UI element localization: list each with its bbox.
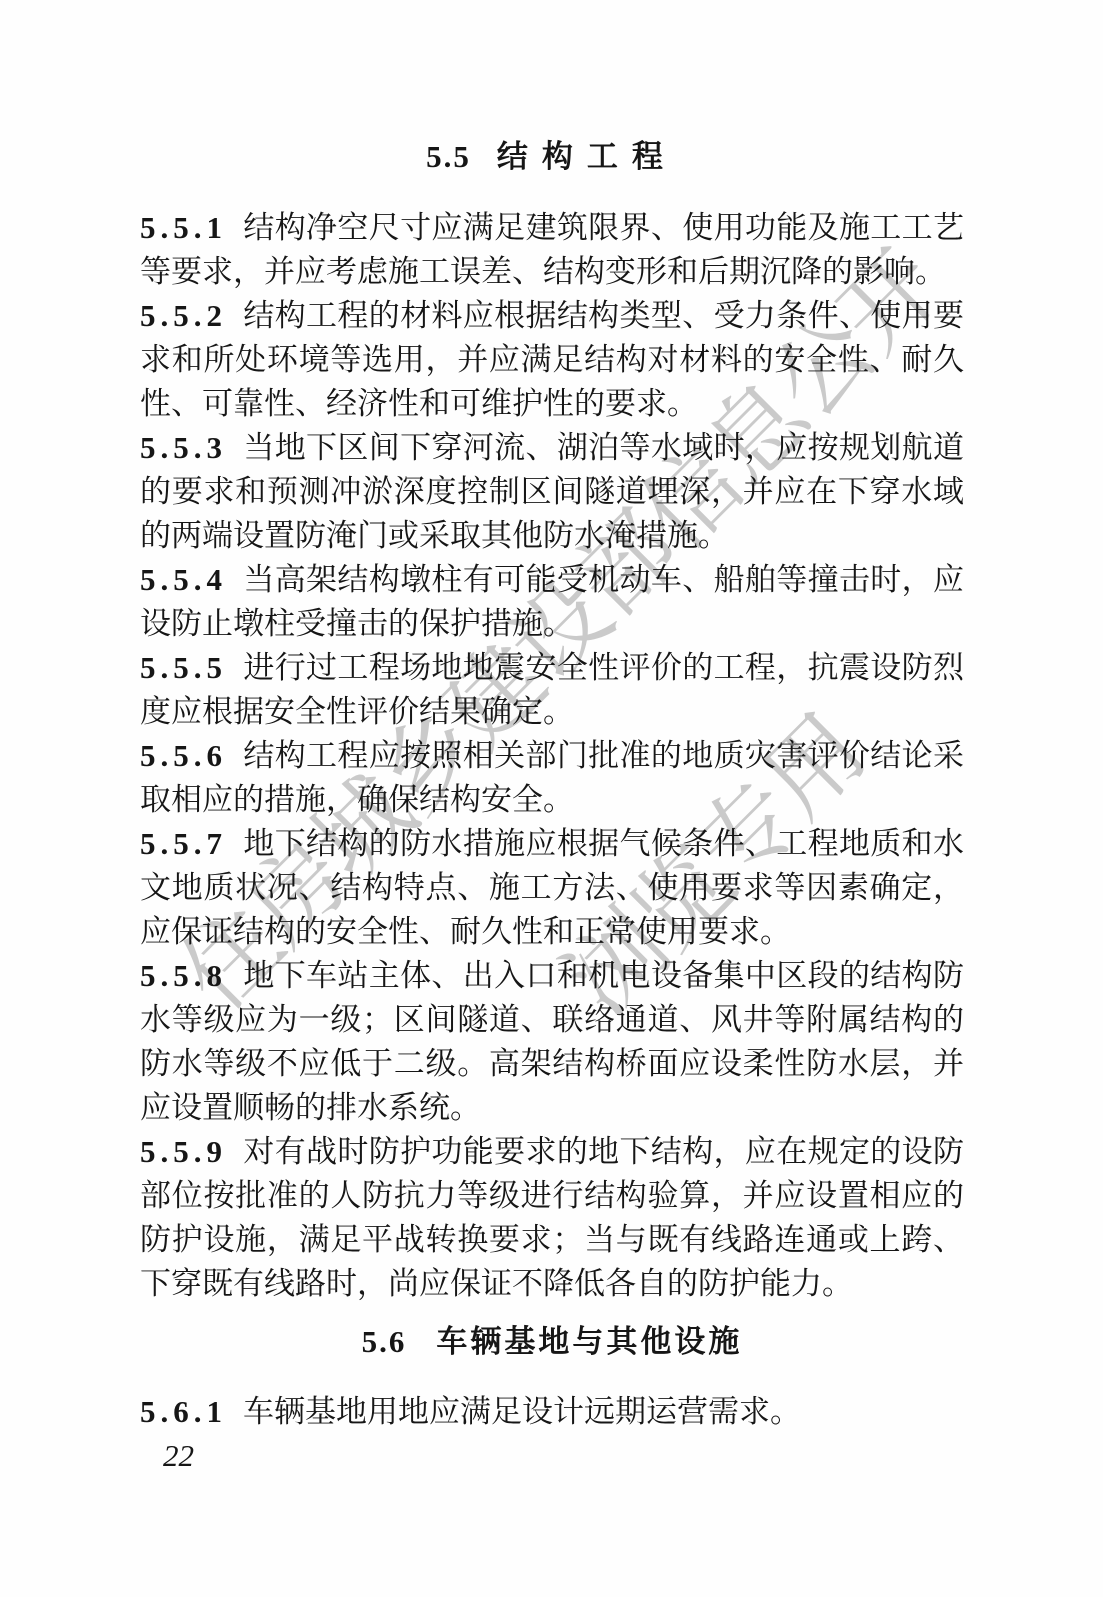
clause-number: 5.5.5 [140, 650, 227, 685]
section-heading-5-5: 5.5结构工程 [0, 138, 1103, 176]
clause-number: 5.5.4 [140, 562, 227, 597]
clause-number: 5.5.9 [140, 1134, 227, 1169]
clause-5-5-8: 5.5.8地下车站主体、出入口和机电设备集中区段的结构防水等级应为一级；区间隧道… [140, 954, 964, 1130]
clause-number: 5.5.8 [140, 958, 227, 993]
clause-text: 结构净空尺寸应满足建筑限界、使用功能及施工工艺等要求，并应考虑施工误差、结构变形… [140, 210, 964, 289]
clause-text: 车辆基地用地应满足设计远期运营需求。 [243, 1394, 801, 1429]
document-page: 住房城乡建设部信息公开 浏览专用 5.5结构工程 5.5.1结构净空尺寸应满足建… [0, 0, 1103, 1597]
section-number: 5.6 [362, 1324, 407, 1359]
section-title: 车辆基地与其他设施 [436, 1324, 742, 1359]
clause-5-5-1: 5.5.1结构净空尺寸应满足建筑限界、使用功能及施工工艺等要求，并应考虑施工误差… [140, 206, 964, 294]
section-heading-5-6: 5.6车辆基地与其他设施 [140, 1320, 964, 1364]
clause-5-5-5: 5.5.5进行过工程场地地震安全性评价的工程，抗震设防烈度应根据安全性评价结果确… [140, 646, 964, 734]
clause-text: 进行过工程场地地震安全性评价的工程，抗震设防烈度应根据安全性评价结果确定。 [140, 650, 964, 729]
page-number: 22 [163, 1438, 194, 1474]
clause-number: 5.5.1 [140, 210, 227, 245]
clause-5-5-3: 5.5.3当地下区间下穿河流、湖泊等水域时，应按规划航道的要求和预测冲淤深度控制… [140, 426, 964, 558]
clause-5-5-4: 5.5.4当高架结构墩柱有可能受机动车、船舶等撞击时，应设防止墩柱受撞击的保护措… [140, 558, 964, 646]
body-text: 5.5.1结构净空尺寸应满足建筑限界、使用功能及施工工艺等要求，并应考虑施工误差… [140, 206, 964, 1434]
clause-number: 5.6.1 [140, 1394, 227, 1429]
clause-5-5-2: 5.5.2结构工程的材料应根据结构类型、受力条件、使用要求和所处环境等选用，并应… [140, 294, 964, 426]
section-number: 5.5 [426, 139, 471, 174]
clause-5-6-1: 5.6.1车辆基地用地应满足设计远期运营需求。 [140, 1390, 964, 1434]
clause-number: 5.5.7 [140, 826, 227, 861]
clause-text: 地下车站主体、出入口和机电设备集中区段的结构防水等级应为一级；区间隧道、联络通道… [140, 958, 964, 1125]
clause-text: 结构工程应按照相关部门批准的地质灾害评价结论采取相应的措施，确保结构安全。 [140, 738, 964, 817]
clause-number: 5.5.2 [140, 298, 227, 333]
clause-text: 对有战时防护功能要求的地下结构，应在规定的设防部位按批准的人防抗力等级进行结构验… [140, 1134, 964, 1301]
clause-number: 5.5.6 [140, 738, 227, 773]
clause-text: 当高架结构墩柱有可能受机动车、船舶等撞击时，应设防止墩柱受撞击的保护措施。 [140, 562, 964, 641]
clause-text: 结构工程的材料应根据结构类型、受力条件、使用要求和所处环境等选用，并应满足结构对… [140, 298, 964, 421]
clause-text: 地下结构的防水措施应根据气候条件、工程地质和水文地质状况、结构特点、施工方法、使… [140, 826, 964, 949]
clause-number: 5.5.3 [140, 430, 227, 465]
section-title: 结构工程 [497, 139, 677, 174]
clause-5-5-6: 5.5.6结构工程应按照相关部门批准的地质灾害评价结论采取相应的措施，确保结构安… [140, 734, 964, 822]
clause-text: 当地下区间下穿河流、湖泊等水域时，应按规划航道的要求和预测冲淤深度控制区间隧道埋… [140, 430, 964, 553]
clause-5-5-7: 5.5.7地下结构的防水措施应根据气候条件、工程地质和水文地质状况、结构特点、施… [140, 822, 964, 954]
clause-5-5-9: 5.5.9对有战时防护功能要求的地下结构，应在规定的设防部位按批准的人防抗力等级… [140, 1130, 964, 1306]
